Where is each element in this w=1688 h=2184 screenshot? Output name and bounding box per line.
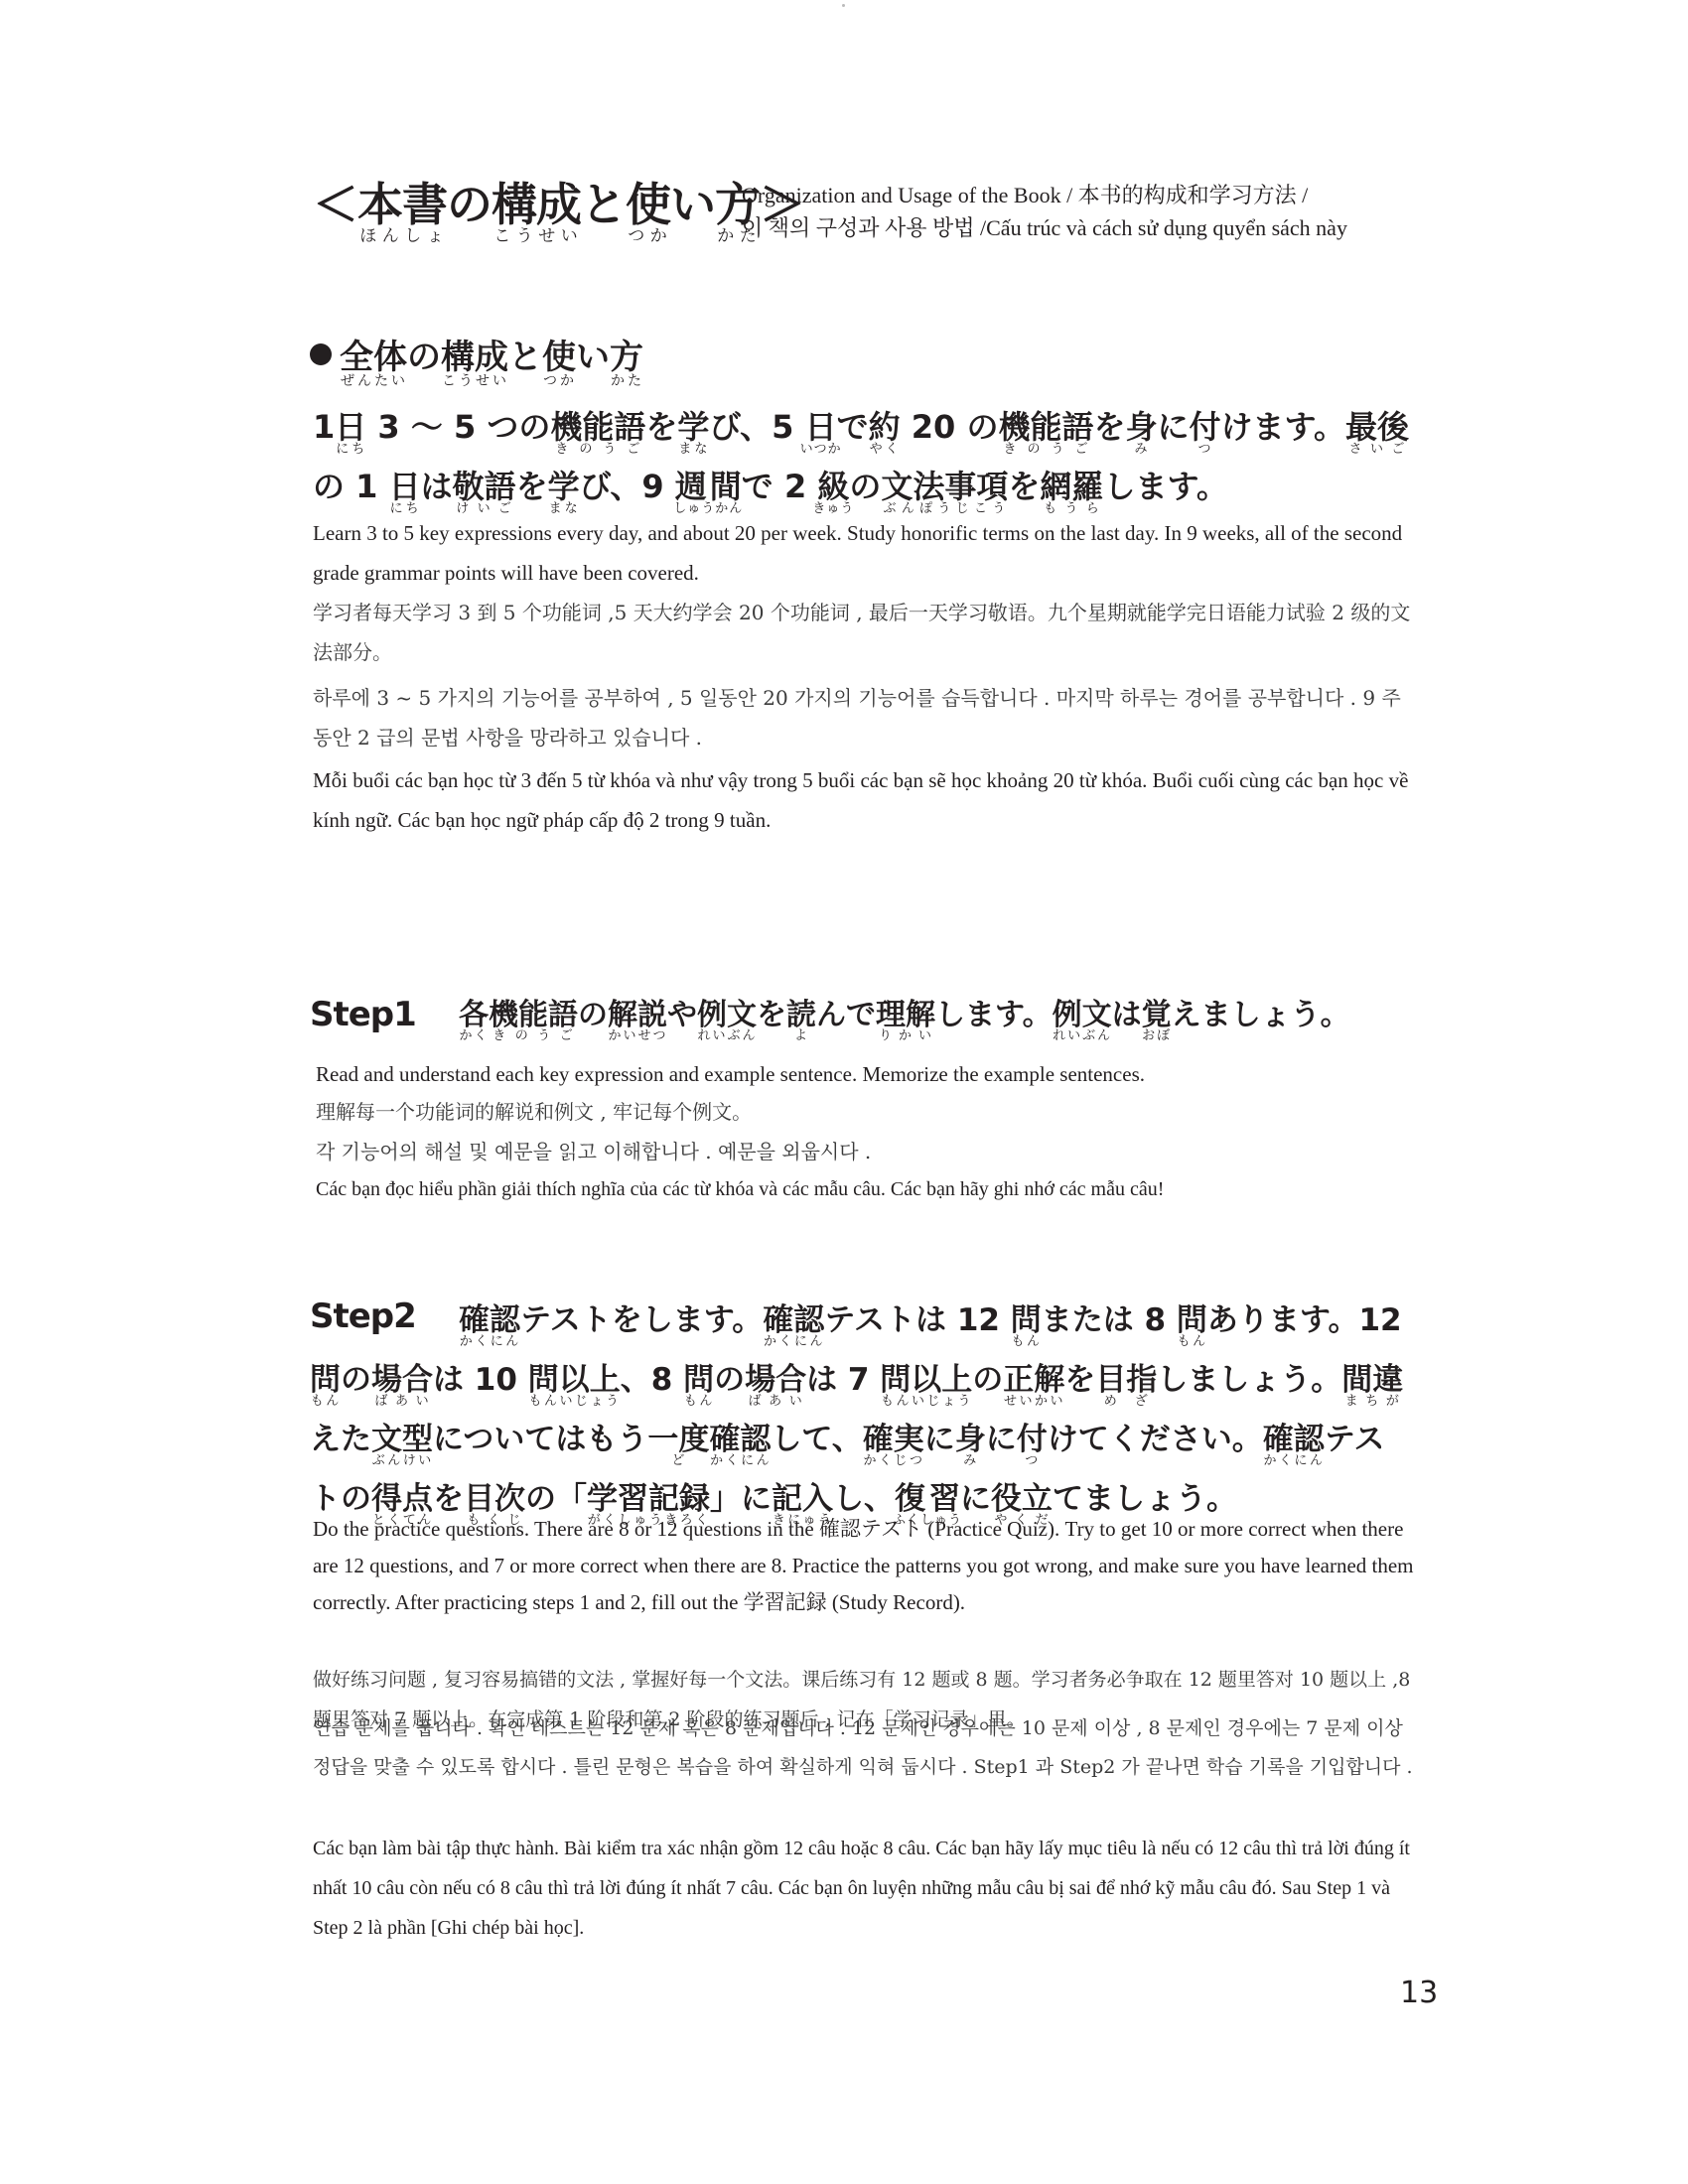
subtitle-line-2: 이 책의 구성과 사용 방법 /Cấu trúc và cách sử dụng…: [742, 211, 1347, 244]
furigana-word: 例文れいぶん: [1053, 998, 1112, 1032]
furigana-word: 日いつか: [805, 408, 837, 446]
furigana-word: 場合ばあい: [745, 1362, 806, 1398]
title-bracket-open: ＜: [313, 178, 357, 231]
furigana-word: 正解せいかい: [1003, 1362, 1064, 1398]
step1-label: Step1: [310, 995, 416, 1034]
furigana-word: 文型ぶんけい: [371, 1422, 433, 1457]
furigana-word: 構成こうせい: [441, 338, 508, 377]
title-ruby-text: 本書ほんしょの構成こうせいと使つかい方かた: [357, 178, 760, 231]
furigana-word: 目指めざ: [1095, 1362, 1157, 1398]
furigana-word: 身み: [955, 1422, 986, 1457]
furigana-word: 約やく: [869, 408, 901, 446]
furigana-word: 確認かくにん: [709, 1422, 771, 1457]
overview-korean-text: 하루에 3 ~ 5 가지의 기능어를 공부하여 , 5 일동안 20 가지의 기…: [313, 678, 1415, 757]
furigana-word: 付つ: [1017, 1422, 1048, 1457]
step1-korean-text: 각 기능어의 해설 및 예문을 읽고 이해합니다 . 예문을 외웁시다 .: [316, 1132, 1418, 1171]
furigana-word: 使つか: [542, 338, 576, 377]
furigana-word: 日にち: [389, 468, 421, 505]
furigana-word: 問もん: [1177, 1302, 1207, 1338]
furigana-word: 機能語きのうご: [998, 408, 1093, 446]
furigana-word: 問もん: [1011, 1302, 1042, 1338]
furigana-word: 一度ど: [647, 1422, 709, 1457]
step2-korean-text: 연습 문제를 풉니다 . 확인 테스트는 12 문제 혹은 8 문제입니다 . …: [313, 1709, 1415, 1787]
furigana-word: 各かく: [459, 998, 489, 1032]
furigana-word: 問以上もんいじょう: [528, 1362, 621, 1398]
page-number: 13: [1400, 1976, 1438, 2010]
furigana-word: 覚おぼ: [1142, 998, 1172, 1032]
furigana-word: 方かた: [610, 338, 643, 377]
furigana-word: 確認かくにん: [459, 1302, 520, 1338]
furigana-word: 場合ばあい: [371, 1362, 433, 1398]
furigana-word: 使つか: [626, 178, 670, 231]
section-heading-overview: 全体ぜんたいの構成こうせいと使つかい方かた: [310, 338, 643, 387]
furigana-word: 例文れいぶん: [697, 998, 757, 1032]
overview-english-text: Learn 3 to 5 key expressions every day, …: [313, 513, 1415, 593]
furigana-word: 構成こうせい: [492, 178, 581, 231]
subtitle-line-1: Organization and Usage of the Book / 本书的…: [742, 179, 1347, 211]
section-heading-text: 全体ぜんたいの構成こうせいと使つかい方かた: [340, 338, 643, 377]
furigana-word: 網羅もうら: [1040, 468, 1103, 505]
furigana-word: 学まな: [548, 468, 580, 505]
page-header: ＜本書ほんしょの構成こうせいと使つかい方かた＞ Organization and…: [313, 179, 1425, 258]
overview-japanese-text: 1日にち 3 ～ 5 つの機能語きのうごを学まなび、5 日いつかで約やく 20 …: [313, 397, 1415, 516]
furigana-word: 学まな: [677, 408, 709, 446]
furigana-word: 敬語けいご: [453, 468, 516, 505]
step1-english-text: Read and understand each key expression …: [316, 1054, 1418, 1094]
step2-vietnamese-text: Các bạn làm bài tập thực hành. Bài kiểm …: [313, 1829, 1415, 1948]
page-subtitle: Organization and Usage of the Book / 本书的…: [742, 179, 1347, 244]
furigana-word: 問もん: [310, 1362, 341, 1398]
step1-chinese-text: 理解每一个功能词的解说和例文 , 牢记每个例文。: [316, 1092, 1418, 1132]
furigana-word: 最後さいご: [1345, 408, 1409, 446]
furigana-word: 全体ぜんたい: [340, 338, 407, 377]
furigana-word: 確認かくにん: [763, 1302, 824, 1338]
furigana-word: 理解りかい: [876, 998, 935, 1032]
furigana-word: 確実かくじつ: [863, 1422, 924, 1457]
furigana-word: 間違まちが: [1341, 1362, 1403, 1398]
step2-english-text: Do the practice questions. There are 8 o…: [313, 1511, 1415, 1621]
furigana-word: 週間しゅうかん: [675, 468, 742, 505]
overview-vietnamese-text: Mỗi buổi các bạn học từ 3 đến 5 từ khóa …: [313, 760, 1415, 840]
furigana-word: 級きゅう: [817, 468, 849, 505]
furigana-word: 機能語きのうご: [489, 998, 578, 1032]
furigana-word: 読よ: [786, 998, 816, 1032]
furigana-word: 機能語きのうご: [550, 408, 645, 446]
furigana-word: 日にち: [335, 408, 366, 446]
page-title: ＜本書ほんしょの構成こうせいと使つかい方かた＞: [313, 179, 804, 244]
bullet-icon: [310, 343, 332, 365]
furigana-word: 本書ほんしょ: [357, 178, 447, 231]
furigana-word: 解説かいせつ: [608, 998, 667, 1032]
step1-japanese-text: 各かく機能語きのうごの解説かいせつや例文れいぶんを読よんで理解りかいします。例文…: [459, 993, 1350, 1041]
step1-vietnamese-text: Các bạn đọc hiểu phần giải thích nghĩa c…: [316, 1169, 1418, 1209]
furigana-word: 身み: [1125, 408, 1157, 446]
step2-japanese-text: 確認かくにんテストをします。確認かくにんテストは 12 問もんまたは 8 問もん…: [310, 1291, 1412, 1529]
furigana-word: 付つ: [1190, 408, 1221, 446]
furigana-word: 問もん: [683, 1362, 714, 1398]
furigana-word: 確認かくにん: [1263, 1422, 1325, 1457]
scan-mark: [842, 4, 845, 7]
furigana-word: 文法事項ぶんぽうじこう: [881, 468, 1008, 505]
overview-chinese-text: 学习者每天学习 3 到 5 个功能词 ,5 天大约学会 20 个功能词 , 最后…: [313, 593, 1415, 672]
furigana-word: 問以上もんいじょう: [880, 1362, 972, 1398]
